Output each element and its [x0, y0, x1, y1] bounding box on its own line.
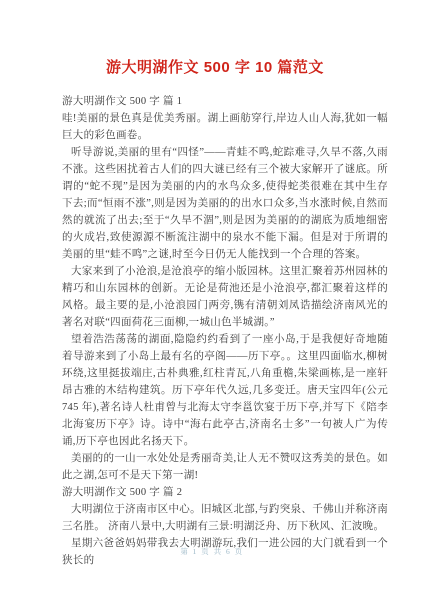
paragraph: 美丽的的一山一水处处是秀丽奇美,让人无不赞叹这秀美的景色。如此之湖,怎可不是天下… — [62, 450, 388, 484]
document-page: 游大明湖作文 500 字 10 篇范文 游大明湖作文 500 字 篇 1 哇!美… — [0, 0, 424, 600]
section-heading-2: 游大明湖作文 500 字 篇 2 — [62, 484, 388, 501]
paragraph: 哇!美丽的景色真是优美秀丽。湖上画舫穿行,岸边人山人海,犹如一幅巨大的彩色画卷。 — [62, 110, 388, 144]
paragraph: 大家来到了小沧浪,是沧浪亭的缩小版园林。这里汇聚着苏州园林的精巧和山东园林的创新… — [62, 263, 388, 331]
document-title: 游大明湖作文 500 字 10 篇范文 — [42, 56, 388, 77]
page-number-footer: 第 1 页 共 6 页 — [0, 546, 424, 557]
section-heading-1: 游大明湖作文 500 字 篇 1 — [62, 93, 388, 110]
paragraph: 大明湖位于济南市区中心。旧城区北部,与趵突泉、千佛山并称济南三名胜。 济南八景中… — [62, 501, 388, 535]
paragraph: 望着浩浩荡荡的湖面,隐隐约约看到了一座小岛,于是我便好奇地随着导游来到了小岛上最… — [62, 331, 388, 450]
paragraph: 听导游说,美丽的里有“四怪”——青蛙不鸣,蛇踪难寻,久旱不落,久雨不涨。这些困扰… — [62, 144, 388, 263]
essay-body: 游大明湖作文 500 字 篇 1 哇!美丽的景色真是优美秀丽。湖上画舫穿行,岸边… — [62, 93, 388, 569]
